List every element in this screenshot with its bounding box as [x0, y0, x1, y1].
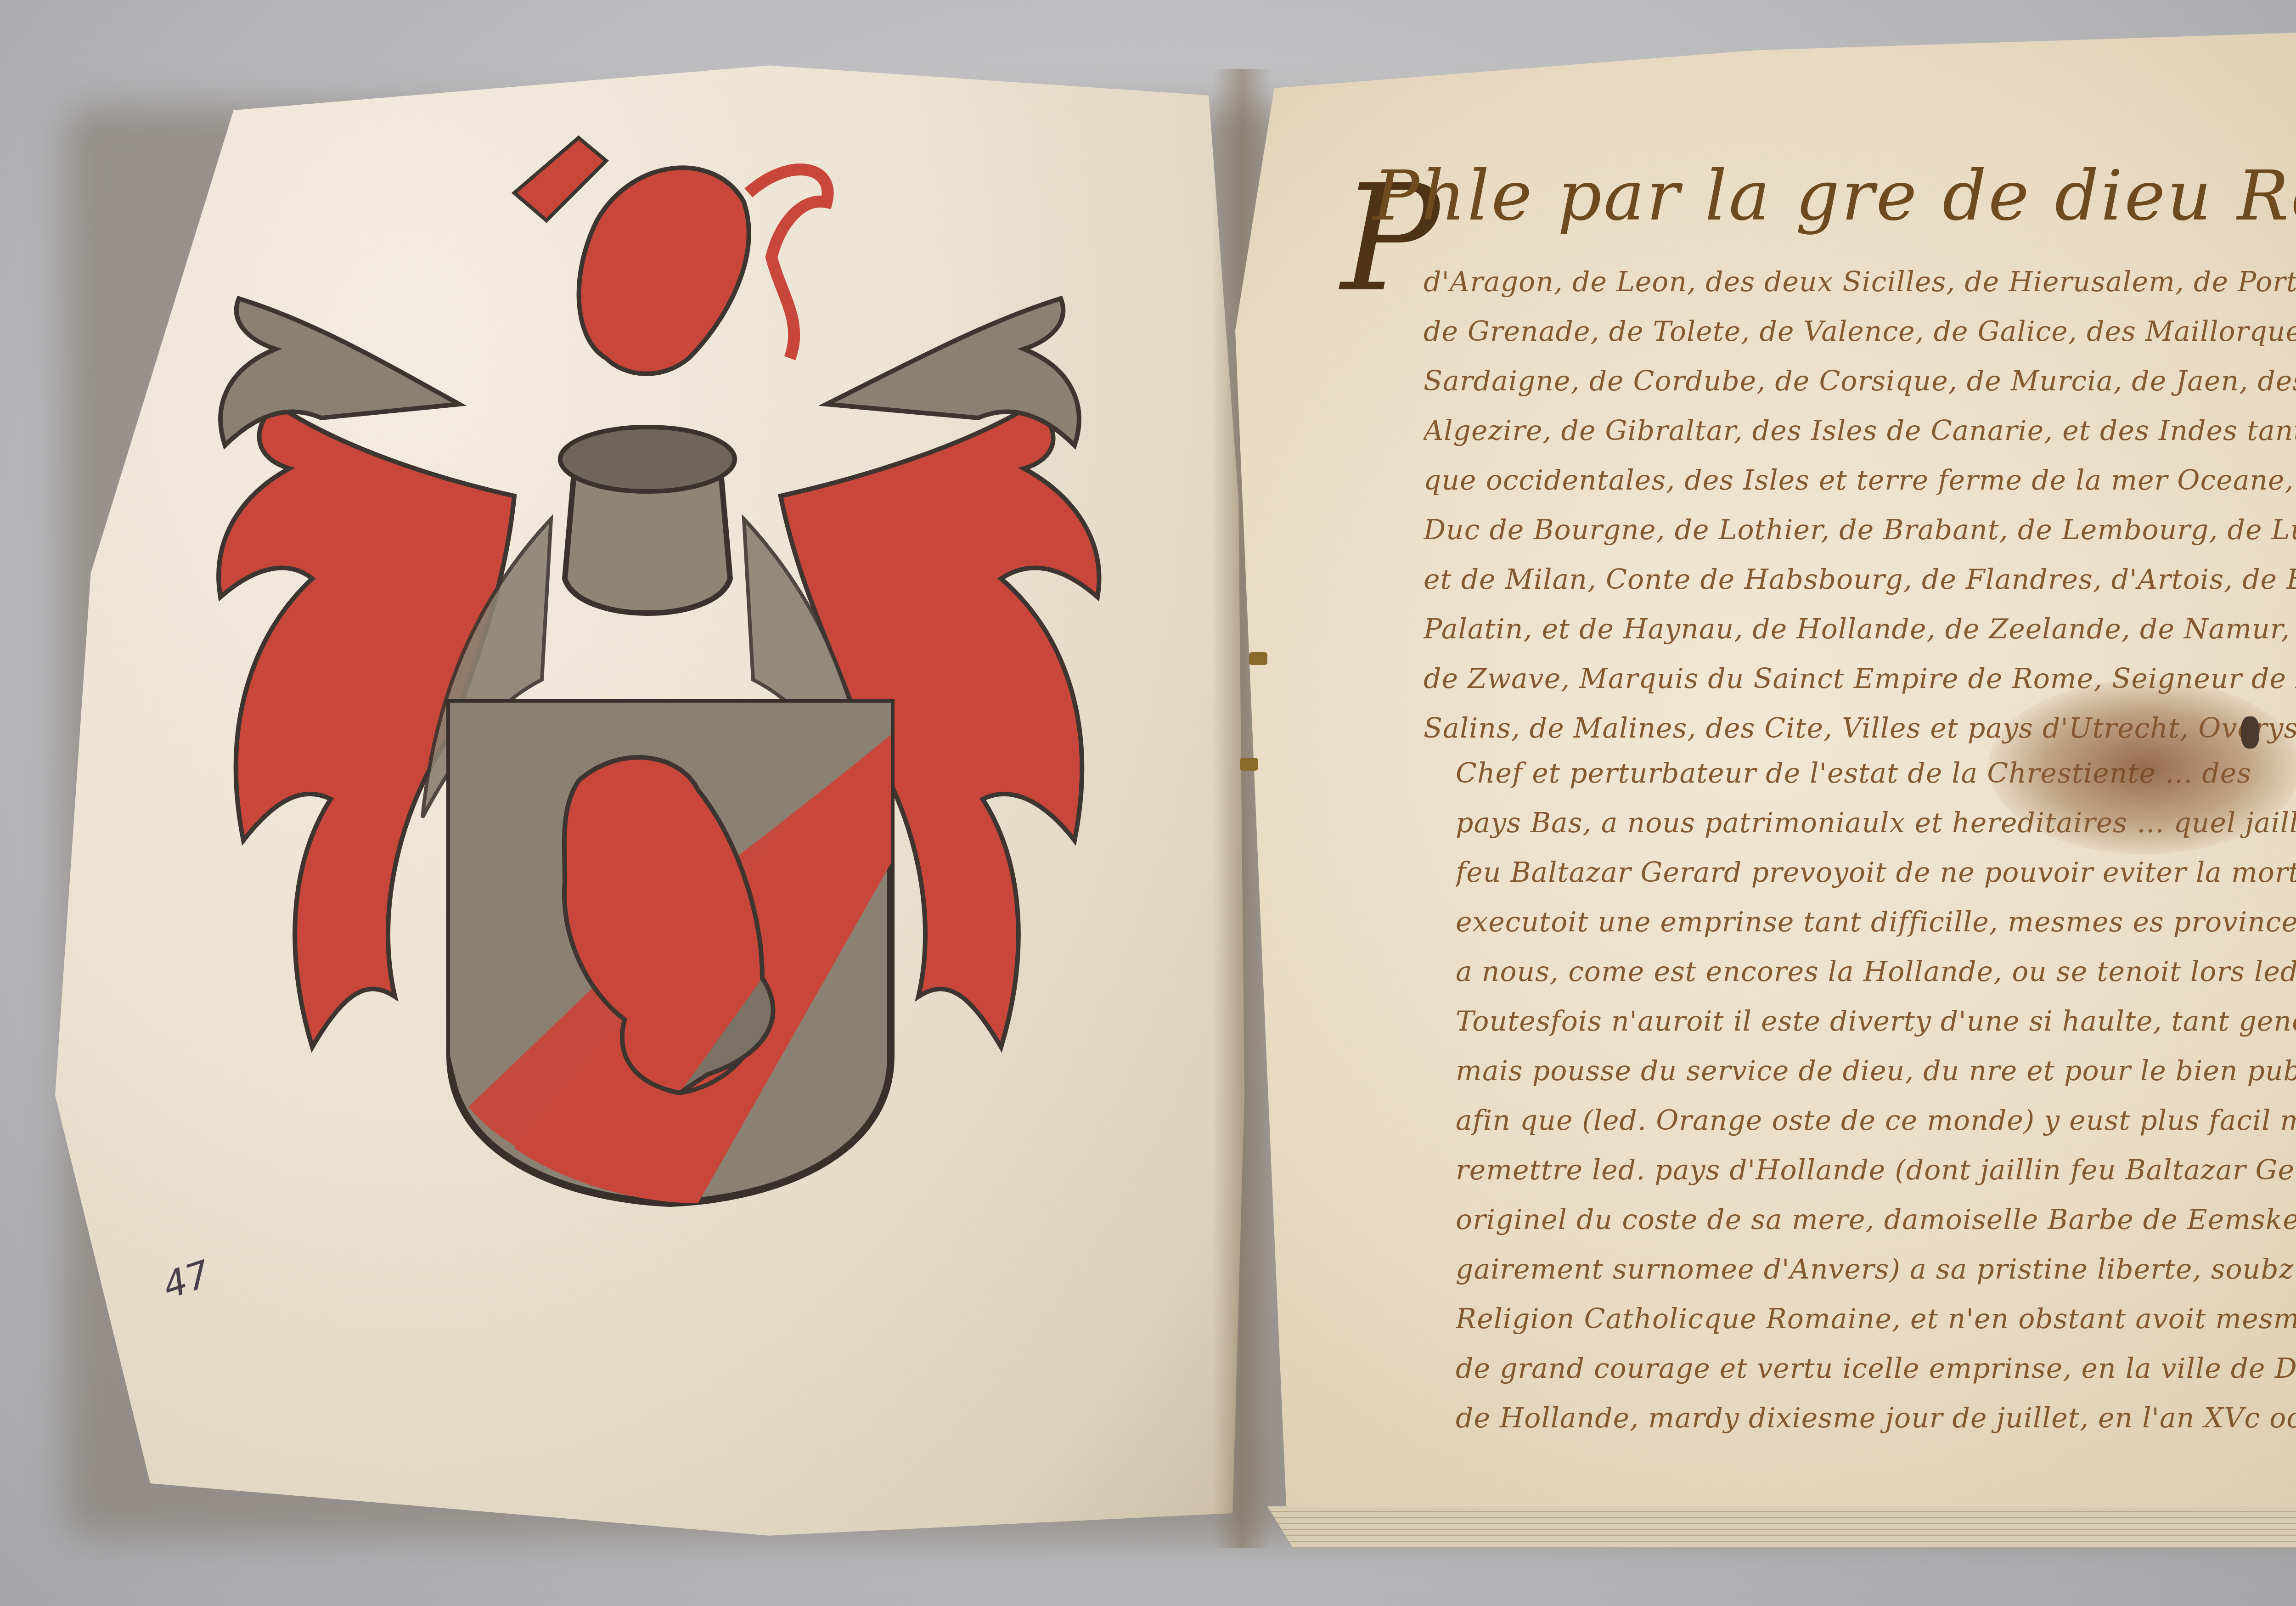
text-line: Toutesfois n'auroit il este diverty d'un… [1456, 997, 2296, 1046]
page-stack-edge [1267, 1506, 2296, 1548]
text-line: Duc de Bourgne, de Lothier, de Brabant, … [1424, 505, 2296, 555]
water-stain [1988, 680, 2296, 854]
text-line: que occidentales, des Isles et terre fer… [1424, 456, 2296, 505]
text-line: de grand courage et vertu icelle emprins… [1456, 1344, 2296, 1393]
text-line: Religion Catholicque Romaine, et n'en ob… [1456, 1294, 2296, 1344]
text-line: Sardaigne, de Cordube, de Corsique, de M… [1424, 356, 2296, 406]
text-line: mais pousse du service de dieu, du nre e… [1456, 1046, 2296, 1096]
text-line: executoit une emprinse tant difficille, … [1456, 897, 2296, 947]
coat-of-arms-illustration [138, 83, 1240, 1231]
text-line: et de Milan, Conte de Habsbourg, de Flan… [1424, 555, 2296, 604]
text-line: d'Aragon, de Leon, des deux Sicilles, de… [1424, 257, 2296, 307]
paper-hole [2241, 716, 2259, 749]
text-line: afin que (led. Orange oste de ce monde) … [1456, 1096, 2296, 1145]
binding-thread [1249, 652, 1267, 665]
text-line: originel du coste de sa mere, damoiselle… [1456, 1195, 2296, 1245]
text-line: feu Baltazar Gerard prevoyoit de ne pouv… [1456, 848, 2296, 897]
binding-thread [1240, 758, 1258, 771]
text-line: Algezire, de Gibraltar, des Isles de Can… [1424, 406, 2296, 456]
crest-lion [579, 168, 749, 374]
manuscript-text-upper: d'Aragon, de Leon, des deux Sicilles, de… [1424, 257, 2296, 753]
document-heading: Phle par la gre de dieu Roy de Castille [1373, 156, 2296, 236]
text-line: de Grenade, de Tolete, de Valence, de Ga… [1424, 307, 2296, 356]
manuscript-photo: 47 P Phle par la gre de dieu Roy de Cast… [0, 0, 2296, 1606]
text-line: a nous, come est encores la Hollande, ou… [1456, 947, 2296, 997]
text-line: Palatin, et de Haynau, de Hollande, de Z… [1424, 604, 2296, 654]
text-line: de Hollande, mardy dixiesme jour de juil… [1456, 1393, 2296, 1443]
text-line: gairement surnomee d'Anvers) a sa pristi… [1456, 1245, 2296, 1294]
text-line: remettre led. pays d'Hollande (dont jail… [1456, 1145, 2296, 1195]
